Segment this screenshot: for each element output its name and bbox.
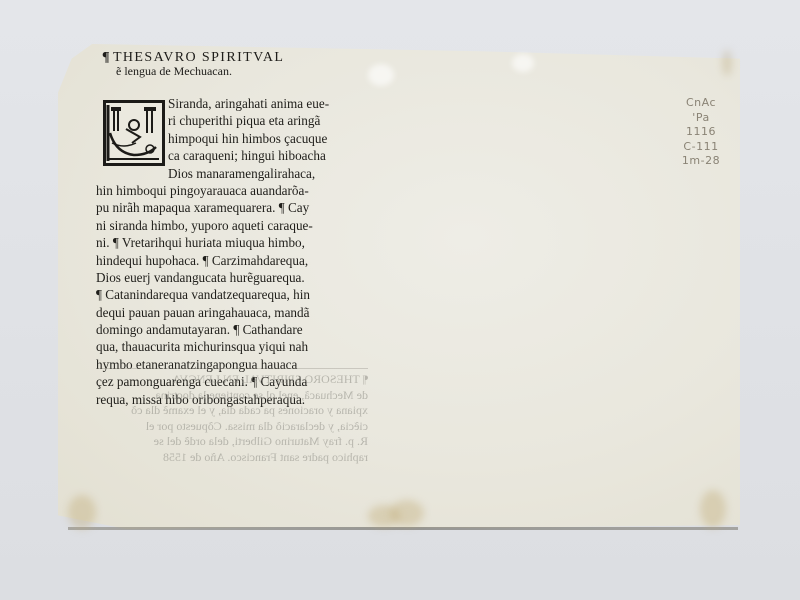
bleed-line: xpiana y oraciones pa cada dia, y el exa… [98,403,368,419]
document-subtitle: ẽ lengua de Mechuacan. [116,64,284,79]
annotation-line: 'Pa [676,111,726,126]
text-line: ¶ Catanindarequa vandatzequarequa, hin [96,286,362,303]
annotation-line: C-111 [676,140,726,155]
text-line: hymbo etaneranatzingapongua hauaca [96,356,362,373]
bleed-line: raphico padre sant Francisco. Año de 155… [98,450,368,466]
annotation-line: 1m-28 [676,154,726,169]
text-line: himpoqui hin himbos çacuque [96,130,362,147]
text-line: Dios euerj vandangucata hurẽguarequa. [96,269,362,286]
bleed-line: ciẽcia, y declaraciõ dla missa. Cõpuesto… [98,419,368,435]
text-line: ca caraqueni; hingui hiboacha [96,147,362,164]
bleed-line: ¶ THESORO SPIRITVAL EN LENGVA [98,372,368,388]
text-line: ni. ¶ Vretarihqui huriata miuqua himbo, [96,234,362,251]
pencil-catalog-annotation: CnAc 'Pa 1116 C-111 1m-28 [676,96,726,169]
bleed-line: R. p. fray Maturino Gilberti, dela ordẽ … [98,434,368,450]
text-line: qua, thauacurita michurinsqua yiqui nah [96,338,362,355]
stain [390,500,424,526]
glare-spot [368,64,394,86]
annotation-line: CnAc [676,96,726,111]
text-line: dequi pauan pauan aringahauaca, mandã [96,304,362,321]
text-line: ni siranda himbo, yuporo aqueti caraque- [96,217,362,234]
title-text: THESAVRO SPIRITVAL [113,50,284,65]
document-header: ¶THESAVRO SPIRITVAL ẽ lengua de Mechuaca… [102,50,284,79]
stain [722,50,732,76]
annotation-line: 1116 [676,125,726,140]
text-line: domingo andamutayaran. ¶ Cathandare [96,321,362,338]
bleed-through-rule [96,368,368,369]
text-line: ri chuperithi piqua eta aringã [96,112,362,129]
bleed-through-text: ¶ THESORO SPIRITVAL EN LENGVA de Mechuac… [98,372,368,465]
bleed-line: de Mechuacã, enel ql se contiene la doct… [98,388,368,404]
glare-spot [512,54,534,72]
stain [68,495,96,529]
text-line: Siranda, aringahati anima eue- [96,95,362,112]
pilcrow-icon: ¶ [102,50,111,65]
text-line: pu nirãh mapaqua xaramequarera. ¶ Cay [96,199,362,216]
text-line: hin himboqui pingoyarauaca auandarõa- [96,182,362,199]
stain [700,490,726,528]
paper-bottom-edge [68,527,738,530]
body-text: Siranda, aringahati anima eue- ri chuper… [96,95,362,408]
text-line: Dios manaramengalirahaca, [96,165,362,182]
text-line: hindequi hupohaca. ¶ Carzimahdarequa, [96,252,362,269]
